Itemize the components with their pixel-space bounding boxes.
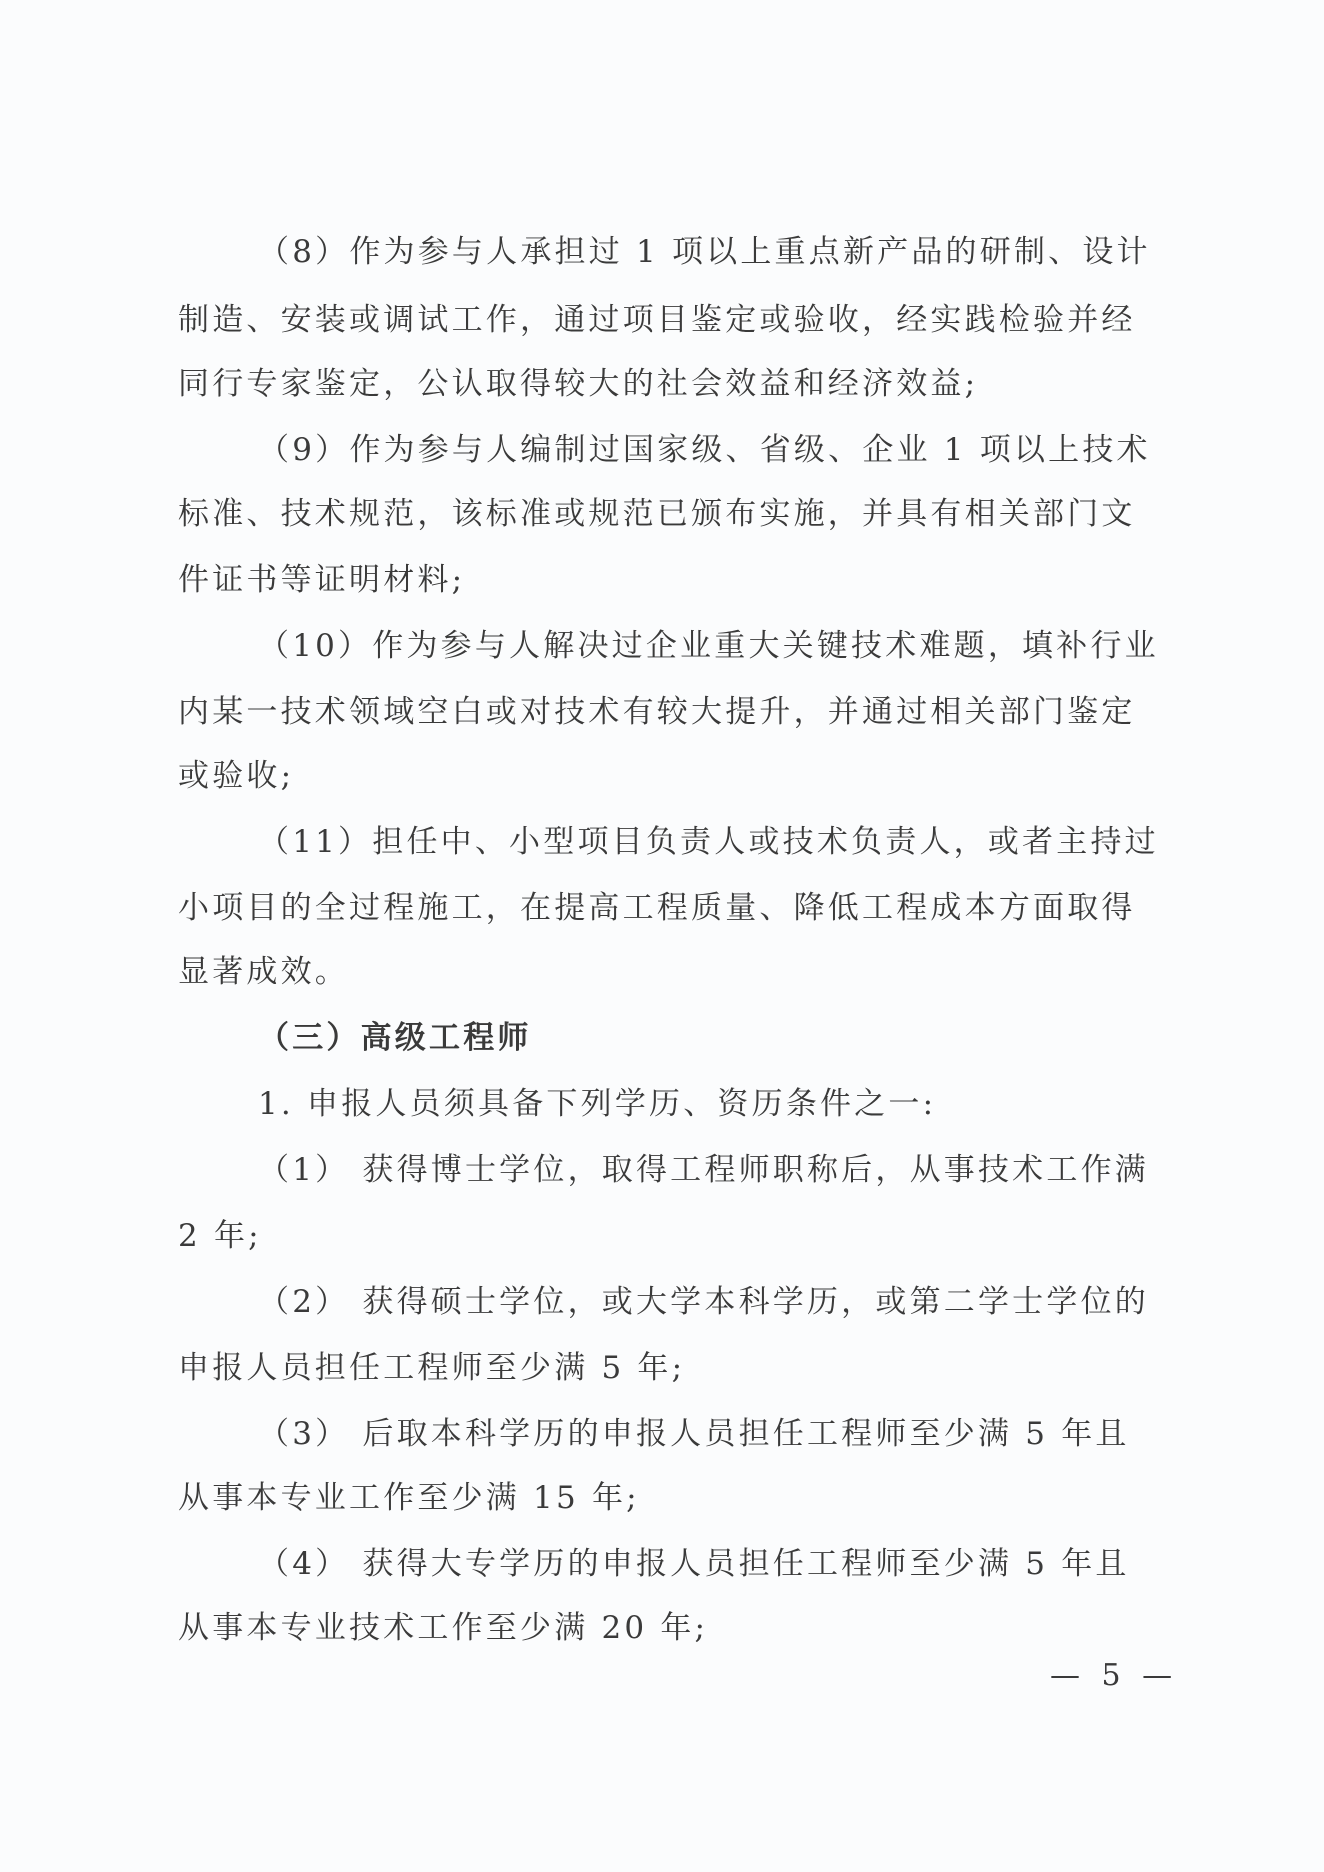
- text-line: 申报人员担任工程师至少满 5 年;: [178, 1348, 1163, 1388]
- section-heading: （三）高级工程师: [258, 1018, 1243, 1058]
- text-line: 1. 申报人员须具备下列学历、资历条件之一:: [258, 1084, 1243, 1124]
- text-line: （10）作为参与人解决过企业重大关键技术难题，填补行业: [258, 626, 1243, 666]
- text-line: （1） 获得博士学位，取得工程师职称后，从事技术工作满: [258, 1150, 1243, 1190]
- page-number: — 5 —: [1050, 1658, 1178, 1693]
- text-line: （4） 获得大专学历的申报人员担任工程师至少满 5 年且: [258, 1544, 1243, 1584]
- text-line: （2） 获得硕士学位，或大学本科学历，或第二学士学位的: [258, 1282, 1243, 1322]
- text-line: 制造、安装或调试工作，通过项目鉴定或验收，经实践检验并经: [178, 300, 1163, 340]
- text-line: 或验收;: [178, 756, 1163, 796]
- text-line: （9）作为参与人编制过国家级、省级、企业 1 项以上技术: [258, 430, 1243, 470]
- text-line: 2 年;: [178, 1216, 1163, 1256]
- text-line: 从事本专业技术工作至少满 20 年;: [178, 1608, 1163, 1648]
- text-line: 显著成效。: [178, 952, 1163, 992]
- text-line: 从事本专业工作至少满 15 年;: [178, 1478, 1163, 1518]
- text-line: 同行专家鉴定，公认取得较大的社会效益和经济效益;: [178, 364, 1163, 404]
- text-line: 小项目的全过程施工，在提高工程质量、降低工程成本方面取得: [178, 888, 1163, 928]
- text-line: 标准、技术规范，该标准或规范已颁布实施，并具有相关部门文: [178, 494, 1163, 534]
- text-line: 内某一技术领域空白或对技术有较大提升，并通过相关部门鉴定: [178, 692, 1163, 732]
- text-line: 件证书等证明材料;: [178, 560, 1163, 600]
- text-line: （8）作为参与人承担过 1 项以上重点新产品的研制、设计: [258, 232, 1243, 272]
- text-line: （3） 后取本科学历的申报人员担任工程师至少满 5 年且: [258, 1414, 1243, 1454]
- text-line: （11）担任中、小型项目负责人或技术负责人，或者主持过: [258, 822, 1243, 862]
- document-page: （8）作为参与人承担过 1 项以上重点新产品的研制、设计制造、安装或调试工作，通…: [0, 0, 1324, 1872]
